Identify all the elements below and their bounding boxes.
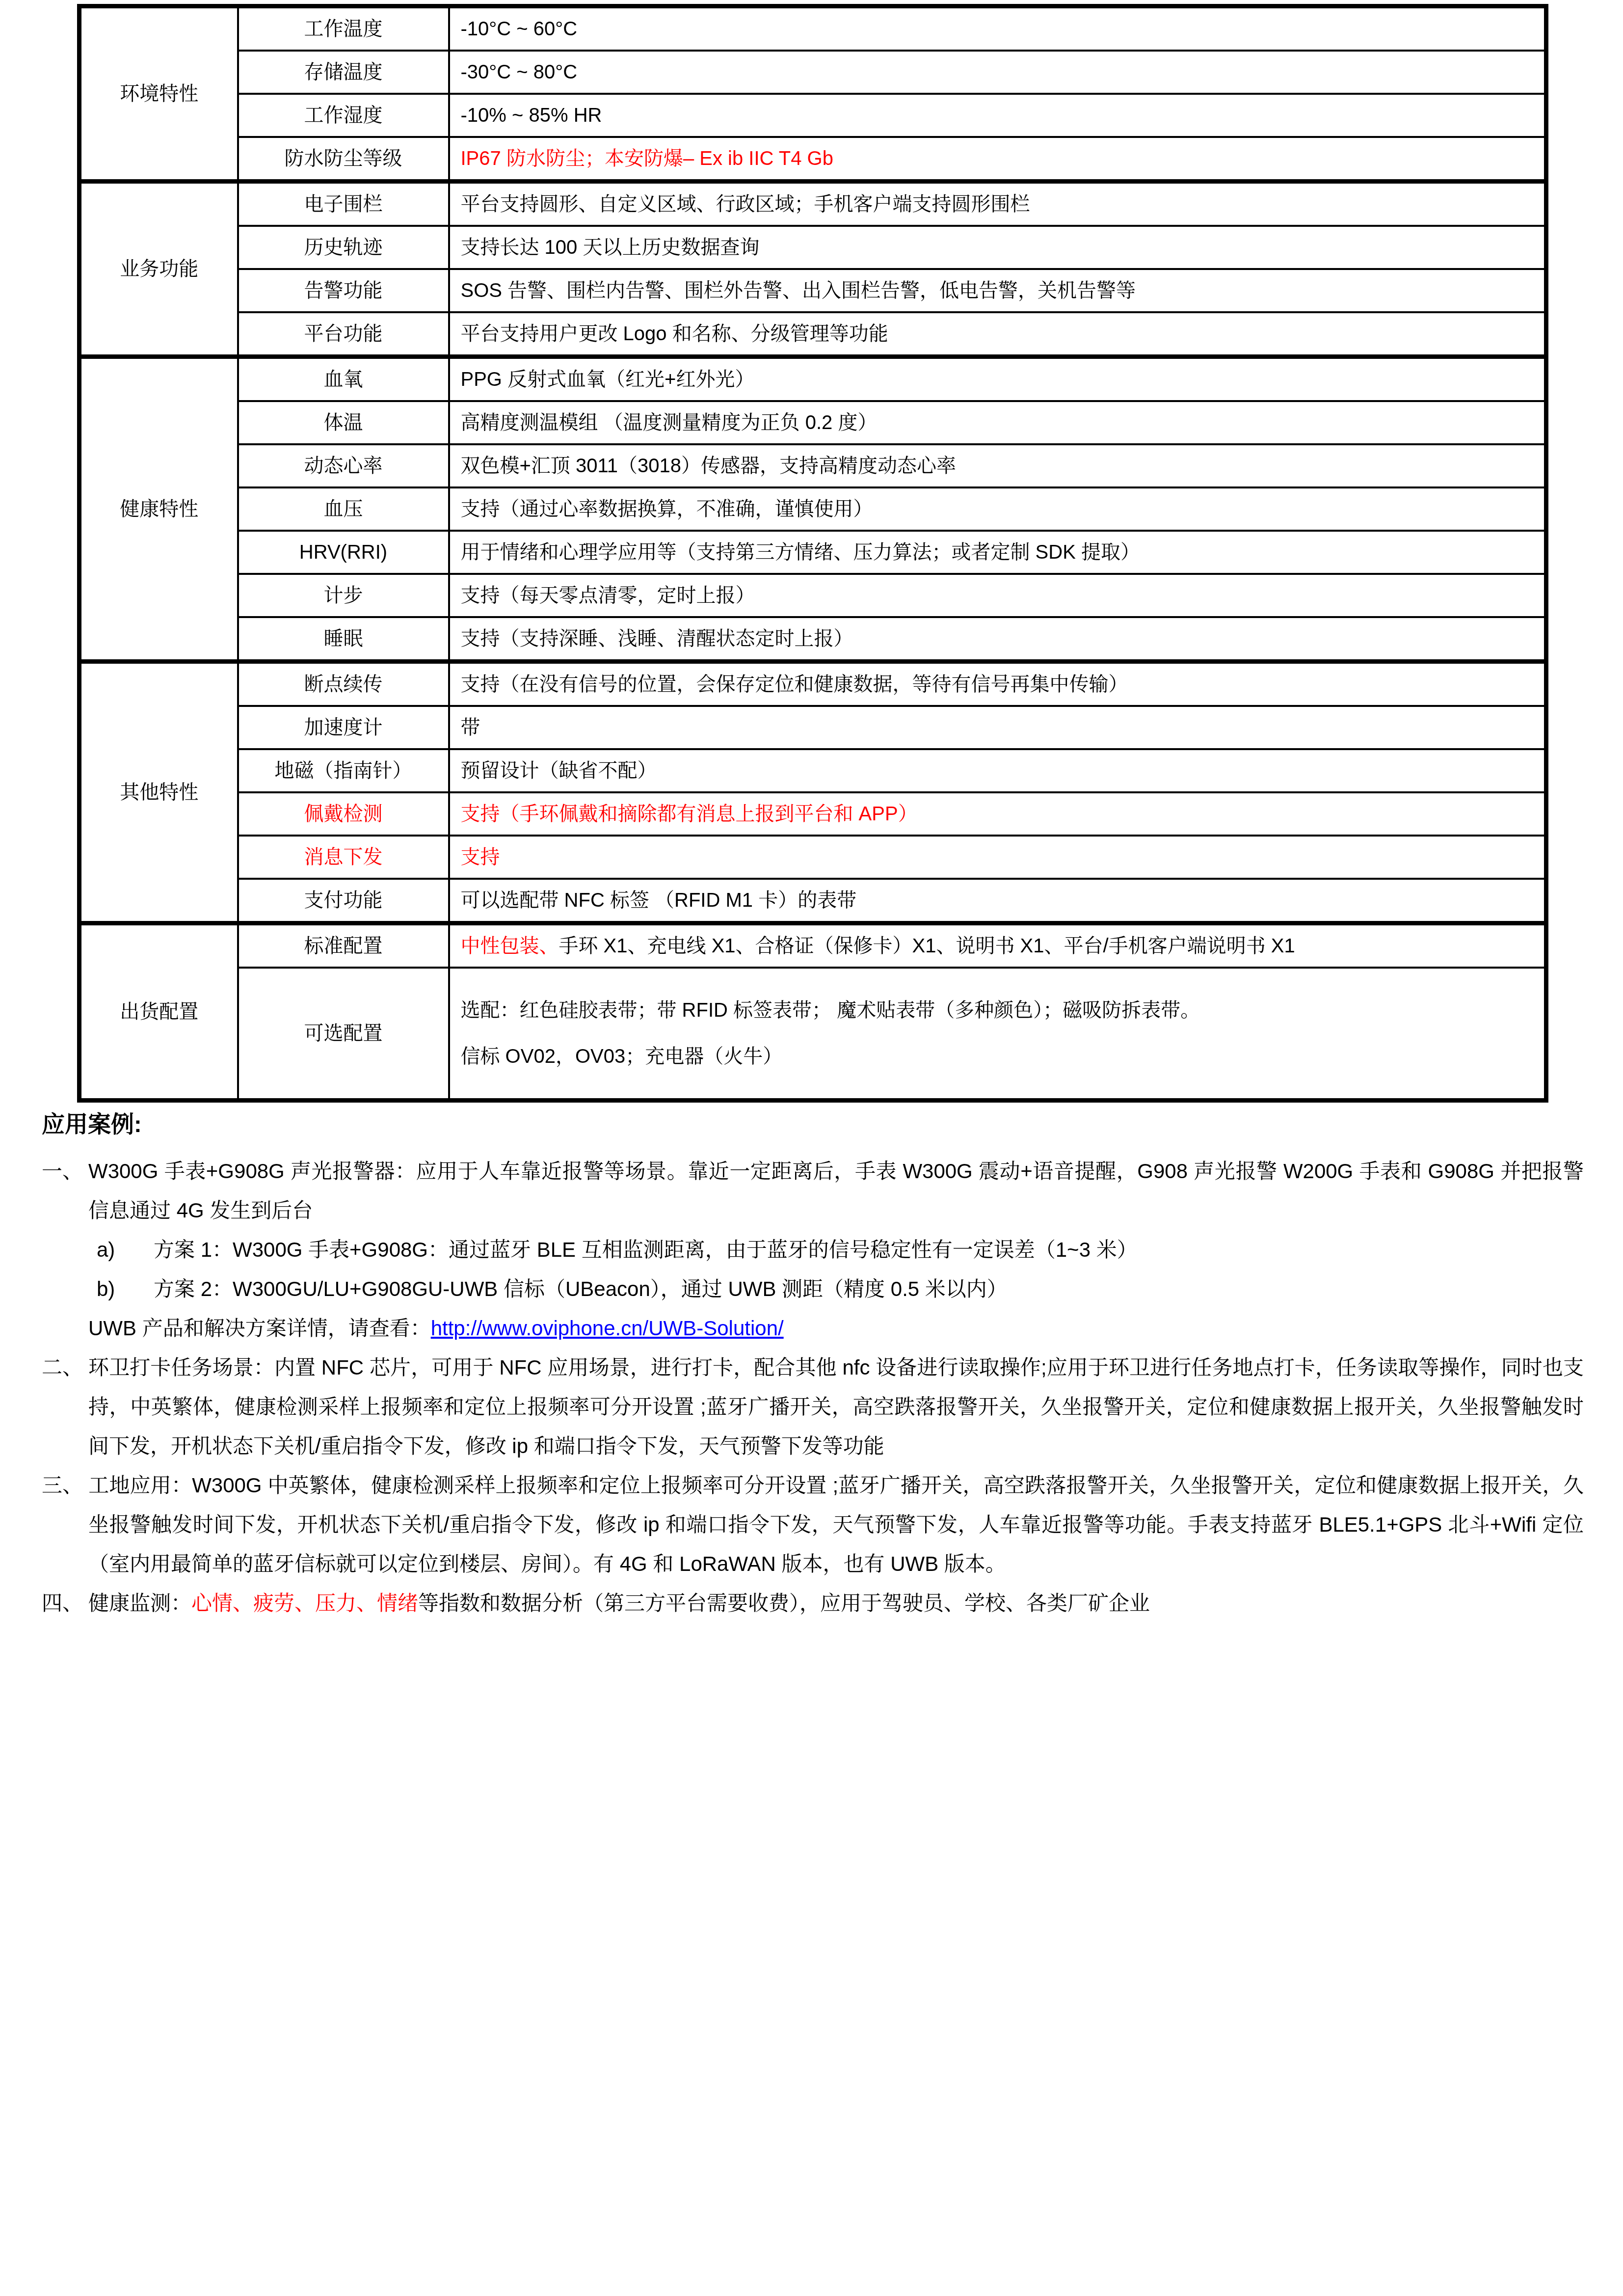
value-line: 预留设计（缺省不配） [461, 758, 1538, 783]
value-cell: 双色模+汇顶 3011（3018）传感器，支持高精度动态心率 [449, 444, 1546, 487]
table-row: 环境特性工作温度-10°C ~ 60°C [80, 6, 1546, 51]
text-segment: -10°C ~ 60°C [461, 18, 578, 40]
value-cell: PPG 反射式血氧（红光+红外光） [449, 357, 1546, 402]
highlighted-text: 心情、疲劳、压力、情绪 [191, 1592, 418, 1615]
text-segment: 双色模+汇顶 3011（3018）传感器，支持高精度动态心率 [461, 455, 956, 477]
text-segment: 选配：红色硅胶表带；带 RFID 标签表带； 魔术贴表带（多种颜色）；磁吸防拆表… [461, 999, 1200, 1021]
text-segment: 带 [461, 717, 480, 738]
text-segment: SOS 告警、围栏内告警、围栏外告警、出入围栏告警，低电告警，关机告警等 [461, 280, 1136, 301]
table-row: 睡眠支持（支持深睡、浅睡、清醒状态定时上报） [80, 617, 1546, 662]
value-cell: 支持（手环佩戴和摘除都有消息上报到平台和 APP） [449, 792, 1546, 836]
highlighted-text: 支持（手环佩戴和摘除都有消息上报到平台和 APP） [461, 803, 918, 825]
parameter-cell: 消息下发 [238, 836, 449, 879]
table-row: 历史轨迹支持长达 100 天以上历史数据查询 [80, 226, 1546, 269]
parameter-cell: 历史轨迹 [238, 226, 449, 269]
table-row: HRV(RRI)用于情绪和心理学应用等（支持第三方情绪、压力算法；或者定制 SD… [80, 531, 1546, 574]
table-row: 业务功能电子围栏平台支持圆形、自定义区域、行政区域；手机客户端支持圆形围栏 [80, 182, 1546, 226]
parameter-cell: 工作湿度 [238, 94, 449, 137]
text-segment: 信标 OV02，OV03；充电器（火牛） [461, 1046, 783, 1067]
text-segment: 支持长达 100 天以上历史数据查询 [461, 237, 760, 258]
value-line: 信标 OV02，OV03；充电器（火牛） [461, 1044, 1538, 1069]
value-line: 中性包装、手环 X1、充电线 X1、合格证（保修卡）X1、说明书 X1、平台/手… [461, 934, 1538, 958]
use-cases-heading: 应用案例: [42, 1104, 1584, 1145]
parameter-cell: 平台功能 [238, 312, 449, 357]
value-line: 支持（手环佩戴和摘除都有消息上报到平台和 APP） [461, 802, 1538, 826]
parameter-cell: 告警功能 [238, 269, 449, 312]
value-cell: 高精度测温模组 （温度测量精度为正负 0.2 度） [449, 401, 1546, 444]
parameter-cell: 体温 [238, 401, 449, 444]
text-segment: 方案 1：W300G 手表+G908G：通过蓝牙 BLE 互相监测距离，由于蓝牙… [154, 1238, 1138, 1261]
parameter-cell: 血压 [238, 487, 449, 531]
parameter-cell: 计步 [238, 574, 449, 617]
value-cell: -30°C ~ 80°C [449, 51, 1546, 94]
list-marker: 二、 [42, 1348, 88, 1387]
value-line: 支持（每天零点清零，定时上报） [461, 583, 1538, 608]
text-segment: 环卫打卡任务场景：内置 NFC 芯片，可用于 NFC 应用场景，进行打卡，配合其… [88, 1356, 1584, 1458]
parameter-cell: 佩戴检测 [238, 792, 449, 836]
value-cell: 支持（支持深睡、浅睡、清醒状态定时上报） [449, 617, 1546, 662]
category-cell: 其他特性 [80, 662, 238, 923]
text-segment: 支持（在没有信号的位置，会保存定位和健康数据，等待有信号再集中传输） [461, 674, 1128, 695]
table-row: 地磁（指南针）预留设计（缺省不配） [80, 749, 1546, 792]
table-row: 加速度计带 [80, 706, 1546, 749]
value-cell: 平台支持圆形、自定义区域、行政区域；手机客户端支持圆形围栏 [449, 182, 1546, 226]
table-row: 动态心率双色模+汇顶 3011（3018）传感器，支持高精度动态心率 [80, 444, 1546, 487]
list-marker: 四、 [42, 1584, 88, 1623]
parameter-cell: 支付功能 [238, 879, 449, 923]
category-cell: 环境特性 [80, 6, 238, 182]
parameter-cell: 血氧 [238, 357, 449, 402]
value-cell: 带 [449, 706, 1546, 749]
table-row: 体温高精度测温模组 （温度测量精度为正负 0.2 度） [80, 401, 1546, 444]
use-case-item: 三、工地应用：W300G 中英繁体，健康检测采样上报频率和定位上报频率可分开设置… [42, 1466, 1584, 1584]
value-cell: -10% ~ 85% HR [449, 94, 1546, 137]
value-line: 高精度测温模组 （温度测量精度为正负 0.2 度） [461, 410, 1538, 435]
uwb-solution-link[interactable]: http://www.oviphone.cn/UWB-Solution/ [431, 1317, 784, 1340]
table-row: 支付功能可以选配带 NFC 标签 （RFID M1 卡）的表带 [80, 879, 1546, 923]
table-row: 健康特性血氧PPG 反射式血氧（红光+红外光） [80, 357, 1546, 402]
use-case-footer: UWB 产品和解决方案详情，请查看：http://www.oviphone.cn… [42, 1309, 1584, 1348]
value-line: 支持（支持深睡、浅睡、清醒状态定时上报） [461, 626, 1538, 651]
text-segment: 高精度测温模组 （温度测量精度为正负 0.2 度） [461, 412, 878, 433]
value-line: -30°C ~ 80°C [461, 60, 1538, 84]
value-line: 支持（在没有信号的位置，会保存定位和健康数据，等待有信号再集中传输） [461, 672, 1538, 697]
value-line: 双色模+汇顶 3011（3018）传感器，支持高精度动态心率 [461, 454, 1538, 478]
table-row: 其他特性断点续传支持（在没有信号的位置，会保存定位和健康数据，等待有信号再集中传… [80, 662, 1546, 706]
text-segment: W300G 手表+G908G 声光报警器：应用于人车靠近报警等场景。靠近一定距离… [88, 1160, 1584, 1222]
table-row: 告警功能SOS 告警、围栏内告警、围栏外告警、出入围栏告警，低电告警，关机告警等 [80, 269, 1546, 312]
text-segment: 用于情绪和心理学应用等（支持第三方情绪、压力算法；或者定制 SDK 提取） [461, 541, 1140, 563]
parameter-cell: 可选配置 [238, 968, 449, 1101]
highlighted-text: 中性包装、 [461, 935, 559, 957]
text-segment: 工地应用：W300G 中英繁体，健康检测采样上报频率和定位上报频率可分开设置 ;… [88, 1474, 1584, 1575]
value-cell: -10°C ~ 60°C [449, 6, 1546, 51]
parameter-cell: 睡眠 [238, 617, 449, 662]
text-segment: -10% ~ 85% HR [461, 105, 602, 126]
value-line: -10% ~ 85% HR [461, 103, 1538, 128]
use-case-subitem: a)方案 1：W300G 手表+G908G：通过蓝牙 BLE 互相监测距离，由于… [42, 1230, 1584, 1270]
value-line: 平台支持圆形、自定义区域、行政区域；手机客户端支持圆形围栏 [461, 192, 1538, 216]
value-cell: 支持长达 100 天以上历史数据查询 [449, 226, 1546, 269]
value-line: 平台支持用户更改 Logo 和名称、分级管理等功能 [461, 322, 1538, 346]
value-cell: 支持 [449, 836, 1546, 879]
text-segment: 支持（每天零点清零，定时上报） [461, 585, 755, 606]
category-cell: 出货配置 [80, 923, 238, 1101]
table-row: 可选配置选配：红色硅胶表带；带 RFID 标签表带； 魔术贴表带（多种颜色）；磁… [80, 968, 1546, 1101]
text-segment: 等指数和数据分析（第三方平台需要收费），应用于驾驶员、学校、各类厂矿企业 [418, 1592, 1150, 1615]
value-cell: 用于情绪和心理学应用等（支持第三方情绪、压力算法；或者定制 SDK 提取） [449, 531, 1546, 574]
text-segment: 方案 2：W300GU/LU+G908GU-UWB 信标（UBeacon），通过… [154, 1277, 1008, 1300]
table-row: 血压支持（通过心率数据换算，不准确，谨慎使用） [80, 487, 1546, 531]
value-cell: 支持（在没有信号的位置，会保存定位和健康数据，等待有信号再集中传输） [449, 662, 1546, 706]
value-line: 选配：红色硅胶表带；带 RFID 标签表带； 魔术贴表带（多种颜色）；磁吸防拆表… [461, 998, 1538, 1023]
value-line: 支持（通过心率数据换算，不准确，谨慎使用） [461, 497, 1538, 521]
table-row: 计步支持（每天零点清零，定时上报） [80, 574, 1546, 617]
use-case-item: 一、W300G 手表+G908G 声光报警器：应用于人车靠近报警等场景。靠近一定… [42, 1152, 1584, 1230]
value-line: 可以选配带 NFC 标签 （RFID M1 卡）的表带 [461, 888, 1538, 913]
table-row: 出货配置标准配置中性包装、手环 X1、充电线 X1、合格证（保修卡）X1、说明书… [80, 923, 1546, 968]
use-case-subitem: b)方案 2：W300GU/LU+G908GU-UWB 信标（UBeacon），… [42, 1270, 1584, 1309]
table-row: 佩戴检测支持（手环佩戴和摘除都有消息上报到平台和 APP） [80, 792, 1546, 836]
value-line: -10°C ~ 60°C [461, 17, 1538, 41]
use-cases-section: 应用案例: 一、W300G 手表+G908G 声光报警器：应用于人车靠近报警等场… [42, 1104, 1584, 1623]
value-cell: 选配：红色硅胶表带；带 RFID 标签表带； 魔术贴表带（多种颜色）；磁吸防拆表… [449, 968, 1546, 1101]
text-segment: 支持（通过心率数据换算，不准确，谨慎使用） [461, 498, 873, 520]
parameter-cell: 动态心率 [238, 444, 449, 487]
parameter-cell: 地磁（指南针） [238, 749, 449, 792]
value-line: IP67 防水防尘；本安防爆– Ex ib IIC T4 Gb [461, 146, 1538, 171]
table-row: 工作湿度-10% ~ 85% HR [80, 94, 1546, 137]
text-segment: PPG 反射式血氧（红光+红外光） [461, 369, 755, 390]
parameter-cell: 电子围栏 [238, 182, 449, 226]
value-line: 支持 [461, 845, 1538, 869]
value-cell: IP67 防水防尘；本安防爆– Ex ib IIC T4 Gb [449, 137, 1546, 182]
category-cell: 健康特性 [80, 357, 238, 662]
spec-table-section: 环境特性工作温度-10°C ~ 60°C存储温度-30°C ~ 80°C工作湿度… [77, 4, 1548, 1103]
category-cell: 业务功能 [80, 182, 238, 357]
value-cell: SOS 告警、围栏内告警、围栏外告警、出入围栏告警，低电告警，关机告警等 [449, 269, 1546, 312]
parameter-cell: 标准配置 [238, 923, 449, 968]
text-segment: 预留设计（缺省不配） [461, 760, 657, 782]
text-segment: 手环 X1、充电线 X1、合格证（保修卡）X1、说明书 X1、平台/手机客户端说… [559, 935, 1295, 957]
use-case-item: 二、环卫打卡任务场景：内置 NFC 芯片，可用于 NFC 应用场景，进行打卡，配… [42, 1348, 1584, 1466]
parameter-cell: HRV(RRI) [238, 531, 449, 574]
table-row: 防水防尘等级IP67 防水防尘；本安防爆– Ex ib IIC T4 Gb [80, 137, 1546, 182]
list-marker: 一、 [42, 1152, 88, 1191]
value-cell: 平台支持用户更改 Logo 和名称、分级管理等功能 [449, 312, 1546, 357]
use-case-list: 一、W300G 手表+G908G 声光报警器：应用于人车靠近报警等场景。靠近一定… [42, 1152, 1584, 1623]
table-row: 消息下发支持 [80, 836, 1546, 879]
text-segment: UWB 产品和解决方案详情，请查看： [88, 1317, 431, 1340]
value-cell: 支持（通过心率数据换算，不准确，谨慎使用） [449, 487, 1546, 531]
value-cell: 中性包装、手环 X1、充电线 X1、合格证（保修卡）X1、说明书 X1、平台/手… [449, 923, 1546, 968]
value-line: PPG 反射式血氧（红光+红外光） [461, 367, 1538, 392]
value-line: SOS 告警、围栏内告警、围栏外告警、出入围栏告警，低电告警，关机告警等 [461, 278, 1538, 303]
text-segment: -30°C ~ 80°C [461, 61, 578, 83]
value-line: 支持长达 100 天以上历史数据查询 [461, 235, 1538, 260]
value-cell: 可以选配带 NFC 标签 （RFID M1 卡）的表带 [449, 879, 1546, 923]
text-segment: 可以选配带 NFC 标签 （RFID M1 卡）的表带 [461, 890, 857, 911]
list-marker: b) [97, 1270, 154, 1309]
list-marker: 三、 [42, 1466, 88, 1505]
use-case-item: 四、健康监测：心情、疲劳、压力、情绪等指数和数据分析（第三方平台需要收费），应用… [42, 1584, 1584, 1623]
parameter-cell: 防水防尘等级 [238, 137, 449, 182]
parameter-cell: 加速度计 [238, 706, 449, 749]
value-line: 带 [461, 715, 1538, 740]
text-segment: 平台支持用户更改 Logo 和名称、分级管理等功能 [461, 323, 888, 345]
text-segment: 平台支持圆形、自定义区域、行政区域；手机客户端支持圆形围栏 [461, 193, 1030, 215]
spec-table: 环境特性工作温度-10°C ~ 60°C存储温度-30°C ~ 80°C工作湿度… [77, 4, 1548, 1103]
value-cell: 支持（每天零点清零，定时上报） [449, 574, 1546, 617]
text-segment: 健康监测： [88, 1592, 191, 1615]
list-marker: a) [97, 1230, 154, 1270]
table-row: 存储温度-30°C ~ 80°C [80, 51, 1546, 94]
parameter-cell: 工作温度 [238, 6, 449, 51]
value-cell: 预留设计（缺省不配） [449, 749, 1546, 792]
document-page: 环境特性工作温度-10°C ~ 60°C存储温度-30°C ~ 80°C工作湿度… [0, 0, 1623, 2296]
parameter-cell: 断点续传 [238, 662, 449, 706]
highlighted-text: IP67 防水防尘；本安防爆– Ex ib IIC T4 Gb [461, 148, 833, 169]
highlighted-text: 支持 [461, 846, 500, 868]
table-row: 平台功能平台支持用户更改 Logo 和名称、分级管理等功能 [80, 312, 1546, 357]
spec-table-body: 环境特性工作温度-10°C ~ 60°C存储温度-30°C ~ 80°C工作湿度… [80, 6, 1546, 1101]
parameter-cell: 存储温度 [238, 51, 449, 94]
value-line: 用于情绪和心理学应用等（支持第三方情绪、压力算法；或者定制 SDK 提取） [461, 540, 1538, 565]
text-segment: 支持（支持深睡、浅睡、清醒状态定时上报） [461, 628, 853, 649]
